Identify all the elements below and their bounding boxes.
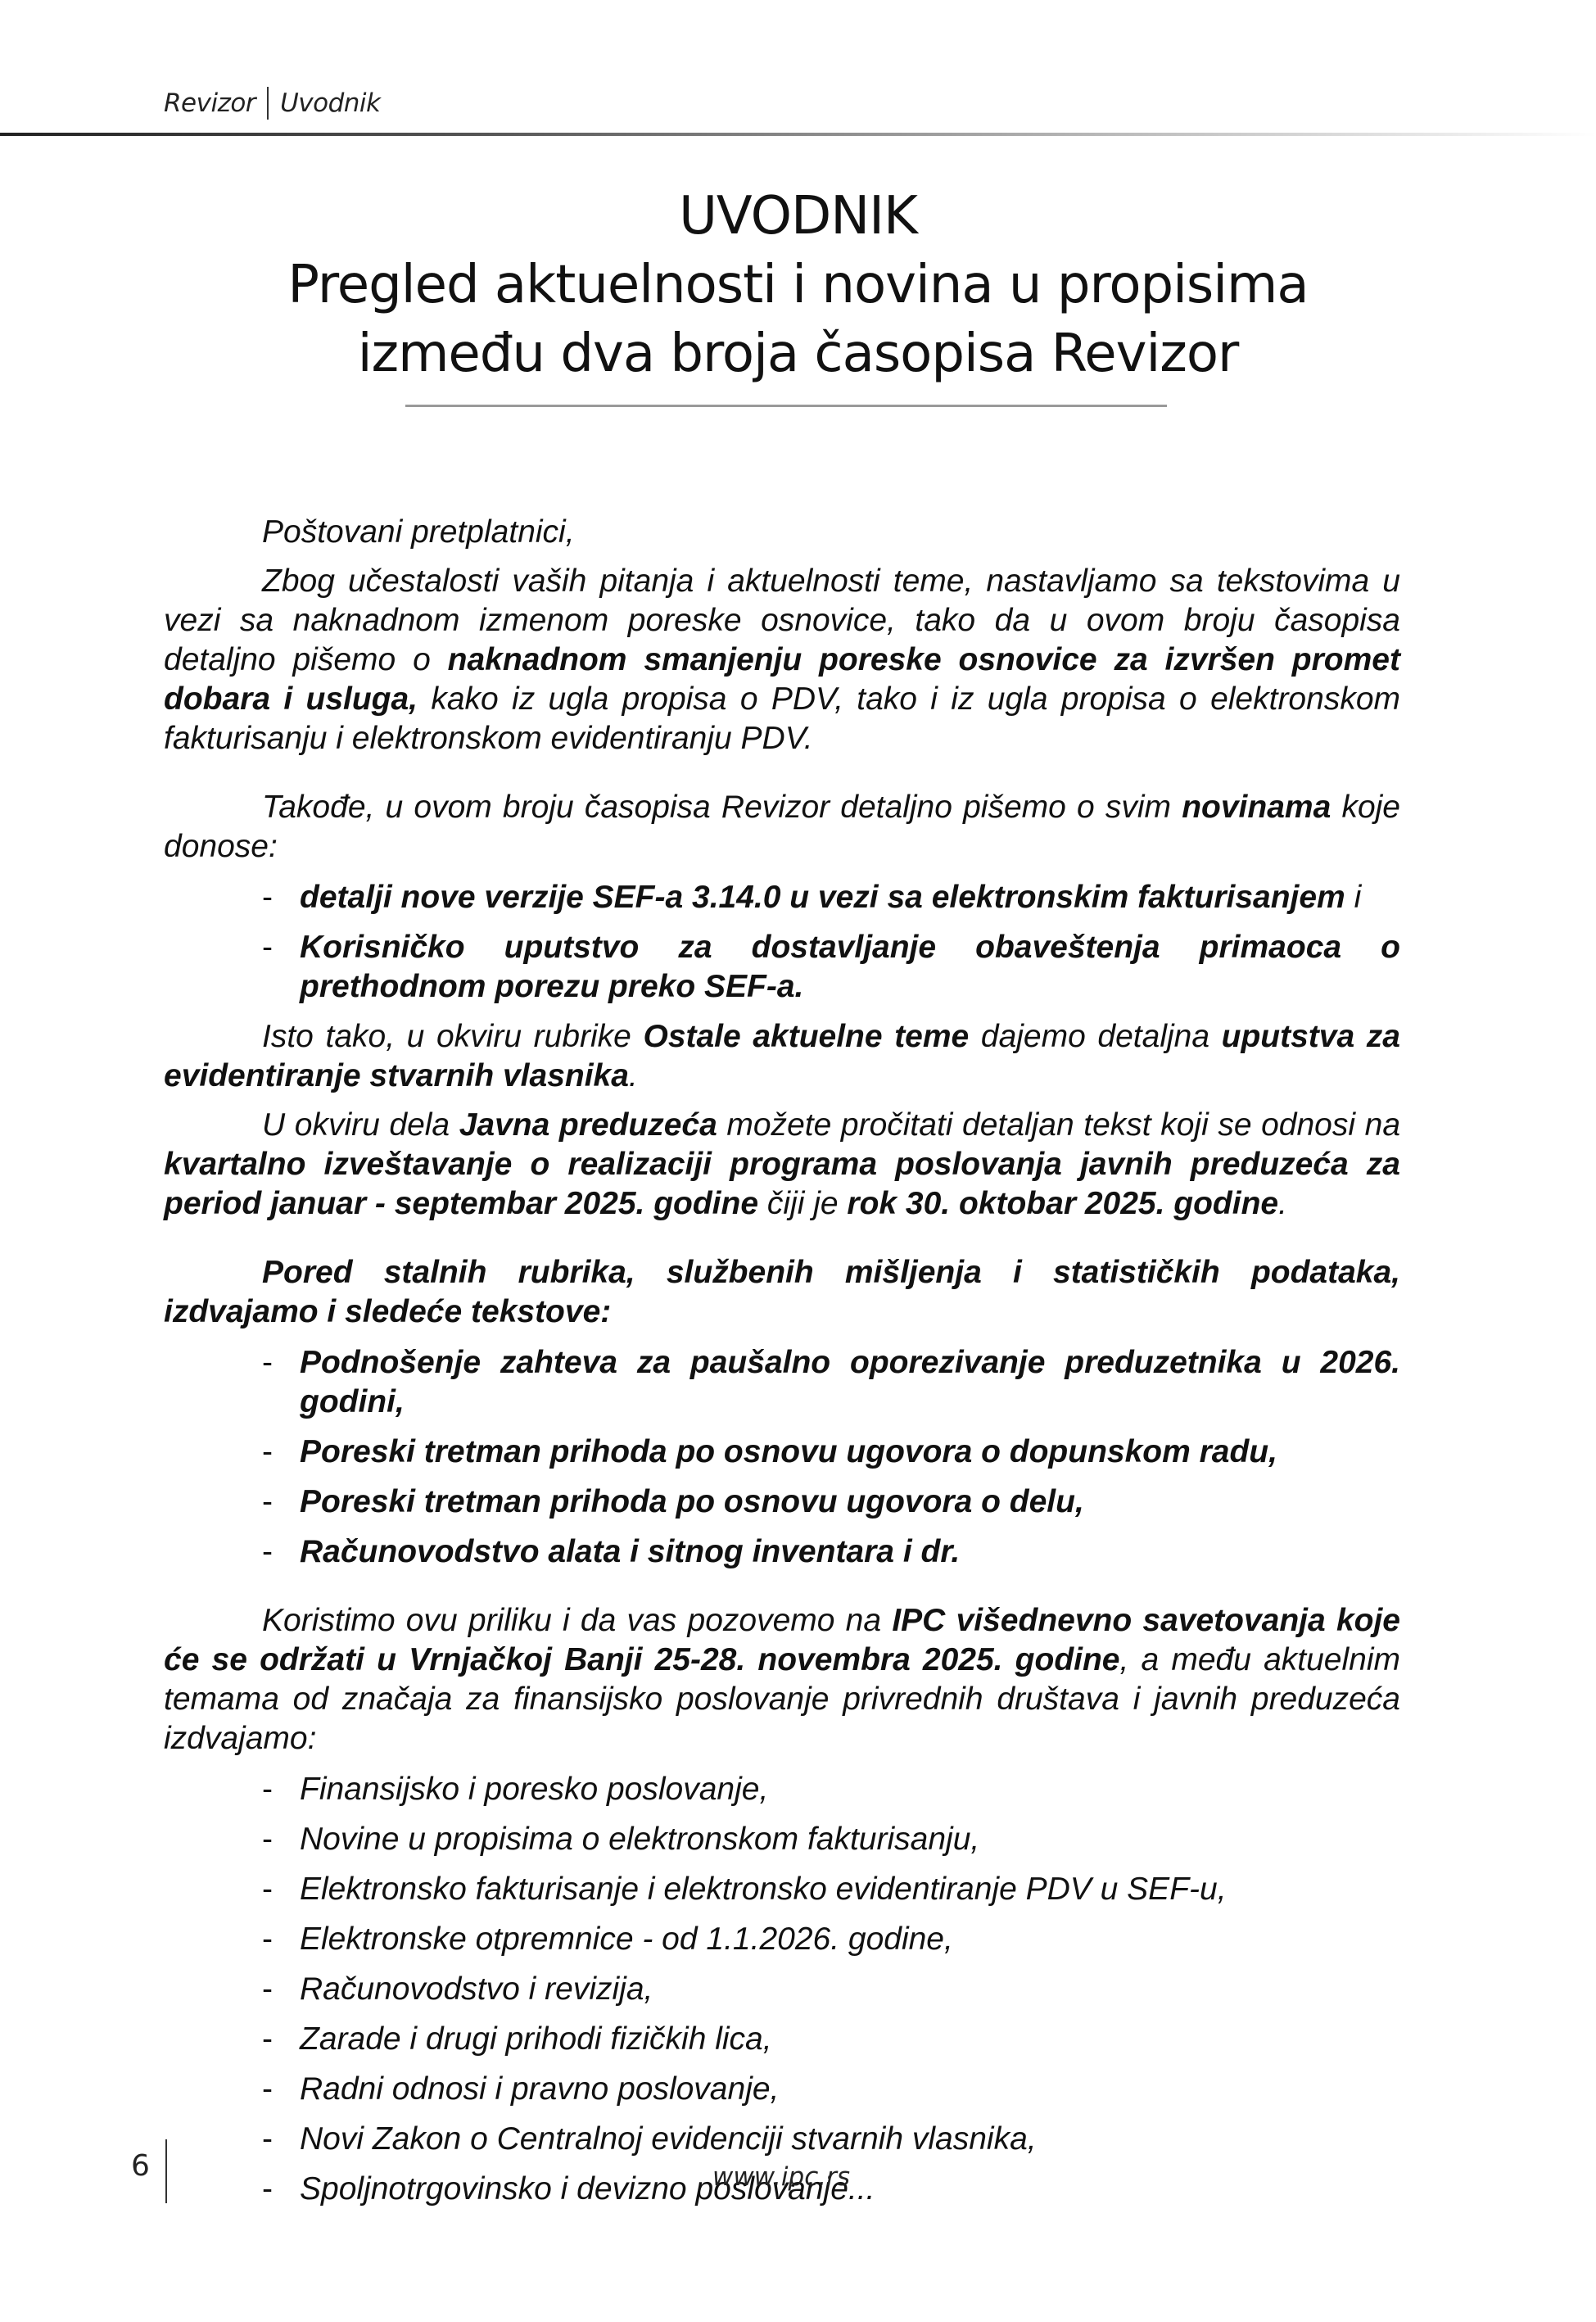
list-item: -Korisničko uputstvo za dostavljanje oba…: [262, 928, 1400, 1007]
list-item: -Računovodstvo alata i sitnog inventara …: [262, 1532, 1400, 1572]
paragraph-5: Pored stalnih rubrika, službenih mišljen…: [164, 1253, 1400, 1332]
page-number: 6: [131, 2149, 150, 2183]
list-item: -Novi Zakon o Centralnoj evidenciji stva…: [262, 2120, 1400, 2159]
text-run: .: [1278, 1186, 1287, 1221]
list-item: -Elektronske otpremnice - od 1.1.2026. g…: [262, 1920, 1400, 1959]
dash-bullet: -: [262, 928, 273, 967]
text-run: Takođe, u ovom broju časopisa Revizor de…: [262, 790, 1182, 825]
dash-bullet: -: [262, 2170, 273, 2209]
text-run: dajemo detaljna: [969, 1019, 1221, 1054]
title-line-2: Pregled aktuelnosti i novina u propisima: [0, 251, 1596, 319]
novelties-list: -detalji nove verzije SEF-a 3.14.0 u vez…: [164, 878, 1400, 1007]
dash-bullet: -: [262, 878, 273, 917]
featured-texts-list: -Podnošenje zahteva za paušalno oporeziv…: [164, 1343, 1400, 1572]
emphasis: rok 30. oktobar 2025. godine: [847, 1186, 1278, 1221]
dash-bullet: -: [262, 2020, 273, 2059]
section-name: Uvodnik: [280, 88, 380, 118]
list-item-text: Računovodstvo alata i sitnog inventara i…: [300, 1534, 960, 1569]
text-run: čiji je: [758, 1186, 847, 1221]
dash-bullet: -: [262, 1820, 273, 1859]
list-item-text: Korisničko uputstvo za dostavljanje obav…: [300, 930, 1400, 1004]
list-item: -Poreski tretman prihoda po osnovu ugovo…: [262, 1482, 1400, 1522]
list-item-text: Poreski tretman prihoda po osnovu ugovor…: [300, 1484, 1084, 1519]
list-item: -Finansijsko i poresko poslovanje,: [262, 1770, 1400, 1809]
list-item-text: Elektronsko fakturisanje i elektronsko e…: [300, 1872, 1227, 1907]
text-run: Koristimo ovu priliku i da vas pozovemo …: [262, 1603, 892, 1638]
list-item: -Elektronsko fakturisanje i elektronsko …: [262, 1870, 1400, 1909]
salutation: Poštovani pretplatnici,: [164, 513, 1400, 552]
dash-bullet: -: [262, 2120, 273, 2159]
emphasis: Javna preduzeća: [459, 1107, 717, 1143]
dash-bullet: -: [262, 1532, 273, 1572]
paragraph-1: Zbog učestalosti vaših pitanja i aktueln…: [164, 562, 1400, 758]
list-item: -Računovodstvo i revizija,: [262, 1970, 1400, 2009]
dash-bullet: -: [262, 1870, 273, 1909]
emphasis: Ostale aktuelne teme: [643, 1019, 969, 1054]
list-item: -Radni odnosi i pravno poslovanje,: [262, 2070, 1400, 2109]
list-item-text: Elektronske otpremnice - od 1.1.2026. go…: [300, 1921, 953, 1957]
list-item-text: Novi Zakon o Centralnoj evidenciji stvar…: [300, 2121, 1037, 2157]
paragraph-2: Takođe, u ovom broju časopisa Revizor de…: [164, 788, 1400, 867]
paragraph-3: Isto tako, u okviru rubrike Ostale aktue…: [164, 1017, 1400, 1096]
list-item: -Poreski tretman prihoda po osnovu ugovo…: [262, 1433, 1400, 1472]
list-item-text: Finansijsko i poresko poslovanje,: [300, 1772, 768, 1807]
paragraph-4: U okviru dela Javna preduzeća možete pro…: [164, 1106, 1400, 1224]
dash-bullet: -: [262, 1482, 273, 1522]
dash-bullet: -: [262, 1770, 273, 1809]
emphasis: novinama: [1182, 790, 1331, 825]
list-item-text: Računovodstvo i revizija,: [300, 1971, 653, 2007]
title-divider: [405, 405, 1167, 407]
list-item-tail: i: [1345, 880, 1362, 915]
page-title: UVODNIK Pregled aktuelnosti i novina u p…: [0, 182, 1596, 388]
article-body: Poštovani pretplatnici, Zbog učestalosti…: [164, 513, 1400, 2220]
dash-bullet: -: [262, 1970, 273, 2009]
publication-name: Revizor: [164, 88, 255, 118]
seminar-topics-list: -Finansijsko i poresko poslovanje, -Novi…: [164, 1770, 1400, 2209]
paragraph-6: Koristimo ovu priliku i da vas pozovemo …: [164, 1601, 1400, 1758]
emphasis: Pored stalnih rubrika, službenih mišljen…: [164, 1255, 1400, 1329]
text-run: U okviru dela: [262, 1107, 459, 1143]
list-item-text: detalji nove verzije SEF-a 3.14.0 u vezi…: [300, 880, 1345, 915]
header-separator: [267, 87, 269, 120]
dash-bullet: -: [262, 1343, 273, 1383]
list-item: -Zarade i drugi prihodi fizičkih lica,: [262, 2020, 1400, 2059]
list-item: -Novine u propisima o elektronskom faktu…: [262, 1820, 1400, 1859]
dash-bullet: -: [262, 1433, 273, 1472]
text-run: .: [629, 1058, 638, 1093]
footer-separator: [165, 2139, 167, 2203]
header-rule: [0, 133, 1596, 136]
dash-bullet: -: [262, 2070, 273, 2109]
running-header: Revizor Uvodnik: [164, 87, 380, 120]
text-run: Isto tako, u okviru rubrike: [262, 1019, 643, 1054]
list-item: -Podnošenje zahteva za paušalno oporeziv…: [262, 1343, 1400, 1422]
list-item-text: Poreski tretman prihoda po osnovu ugovor…: [300, 1434, 1277, 1469]
list-item: -detalji nove verzije SEF-a 3.14.0 u vez…: [262, 878, 1400, 917]
dash-bullet: -: [262, 1920, 273, 1959]
list-item-text: Zarade i drugi prihodi fizičkih lica,: [300, 2021, 772, 2057]
footer-url[interactable]: www.ipc.rs: [712, 2162, 850, 2192]
title-line-3: između dva broja časopisa Revizor: [0, 319, 1596, 388]
list-item-text: Podnošenje zahteva za paušalno oporeziva…: [300, 1345, 1400, 1419]
list-item-text: Radni odnosi i pravno poslovanje,: [300, 2071, 779, 2107]
list-item-text: Novine u propisima o elektronskom faktur…: [300, 1822, 979, 1857]
text-run: možete pročitati detaljan tekst koji se …: [717, 1107, 1400, 1143]
title-line-1: UVODNIK: [0, 182, 1596, 251]
